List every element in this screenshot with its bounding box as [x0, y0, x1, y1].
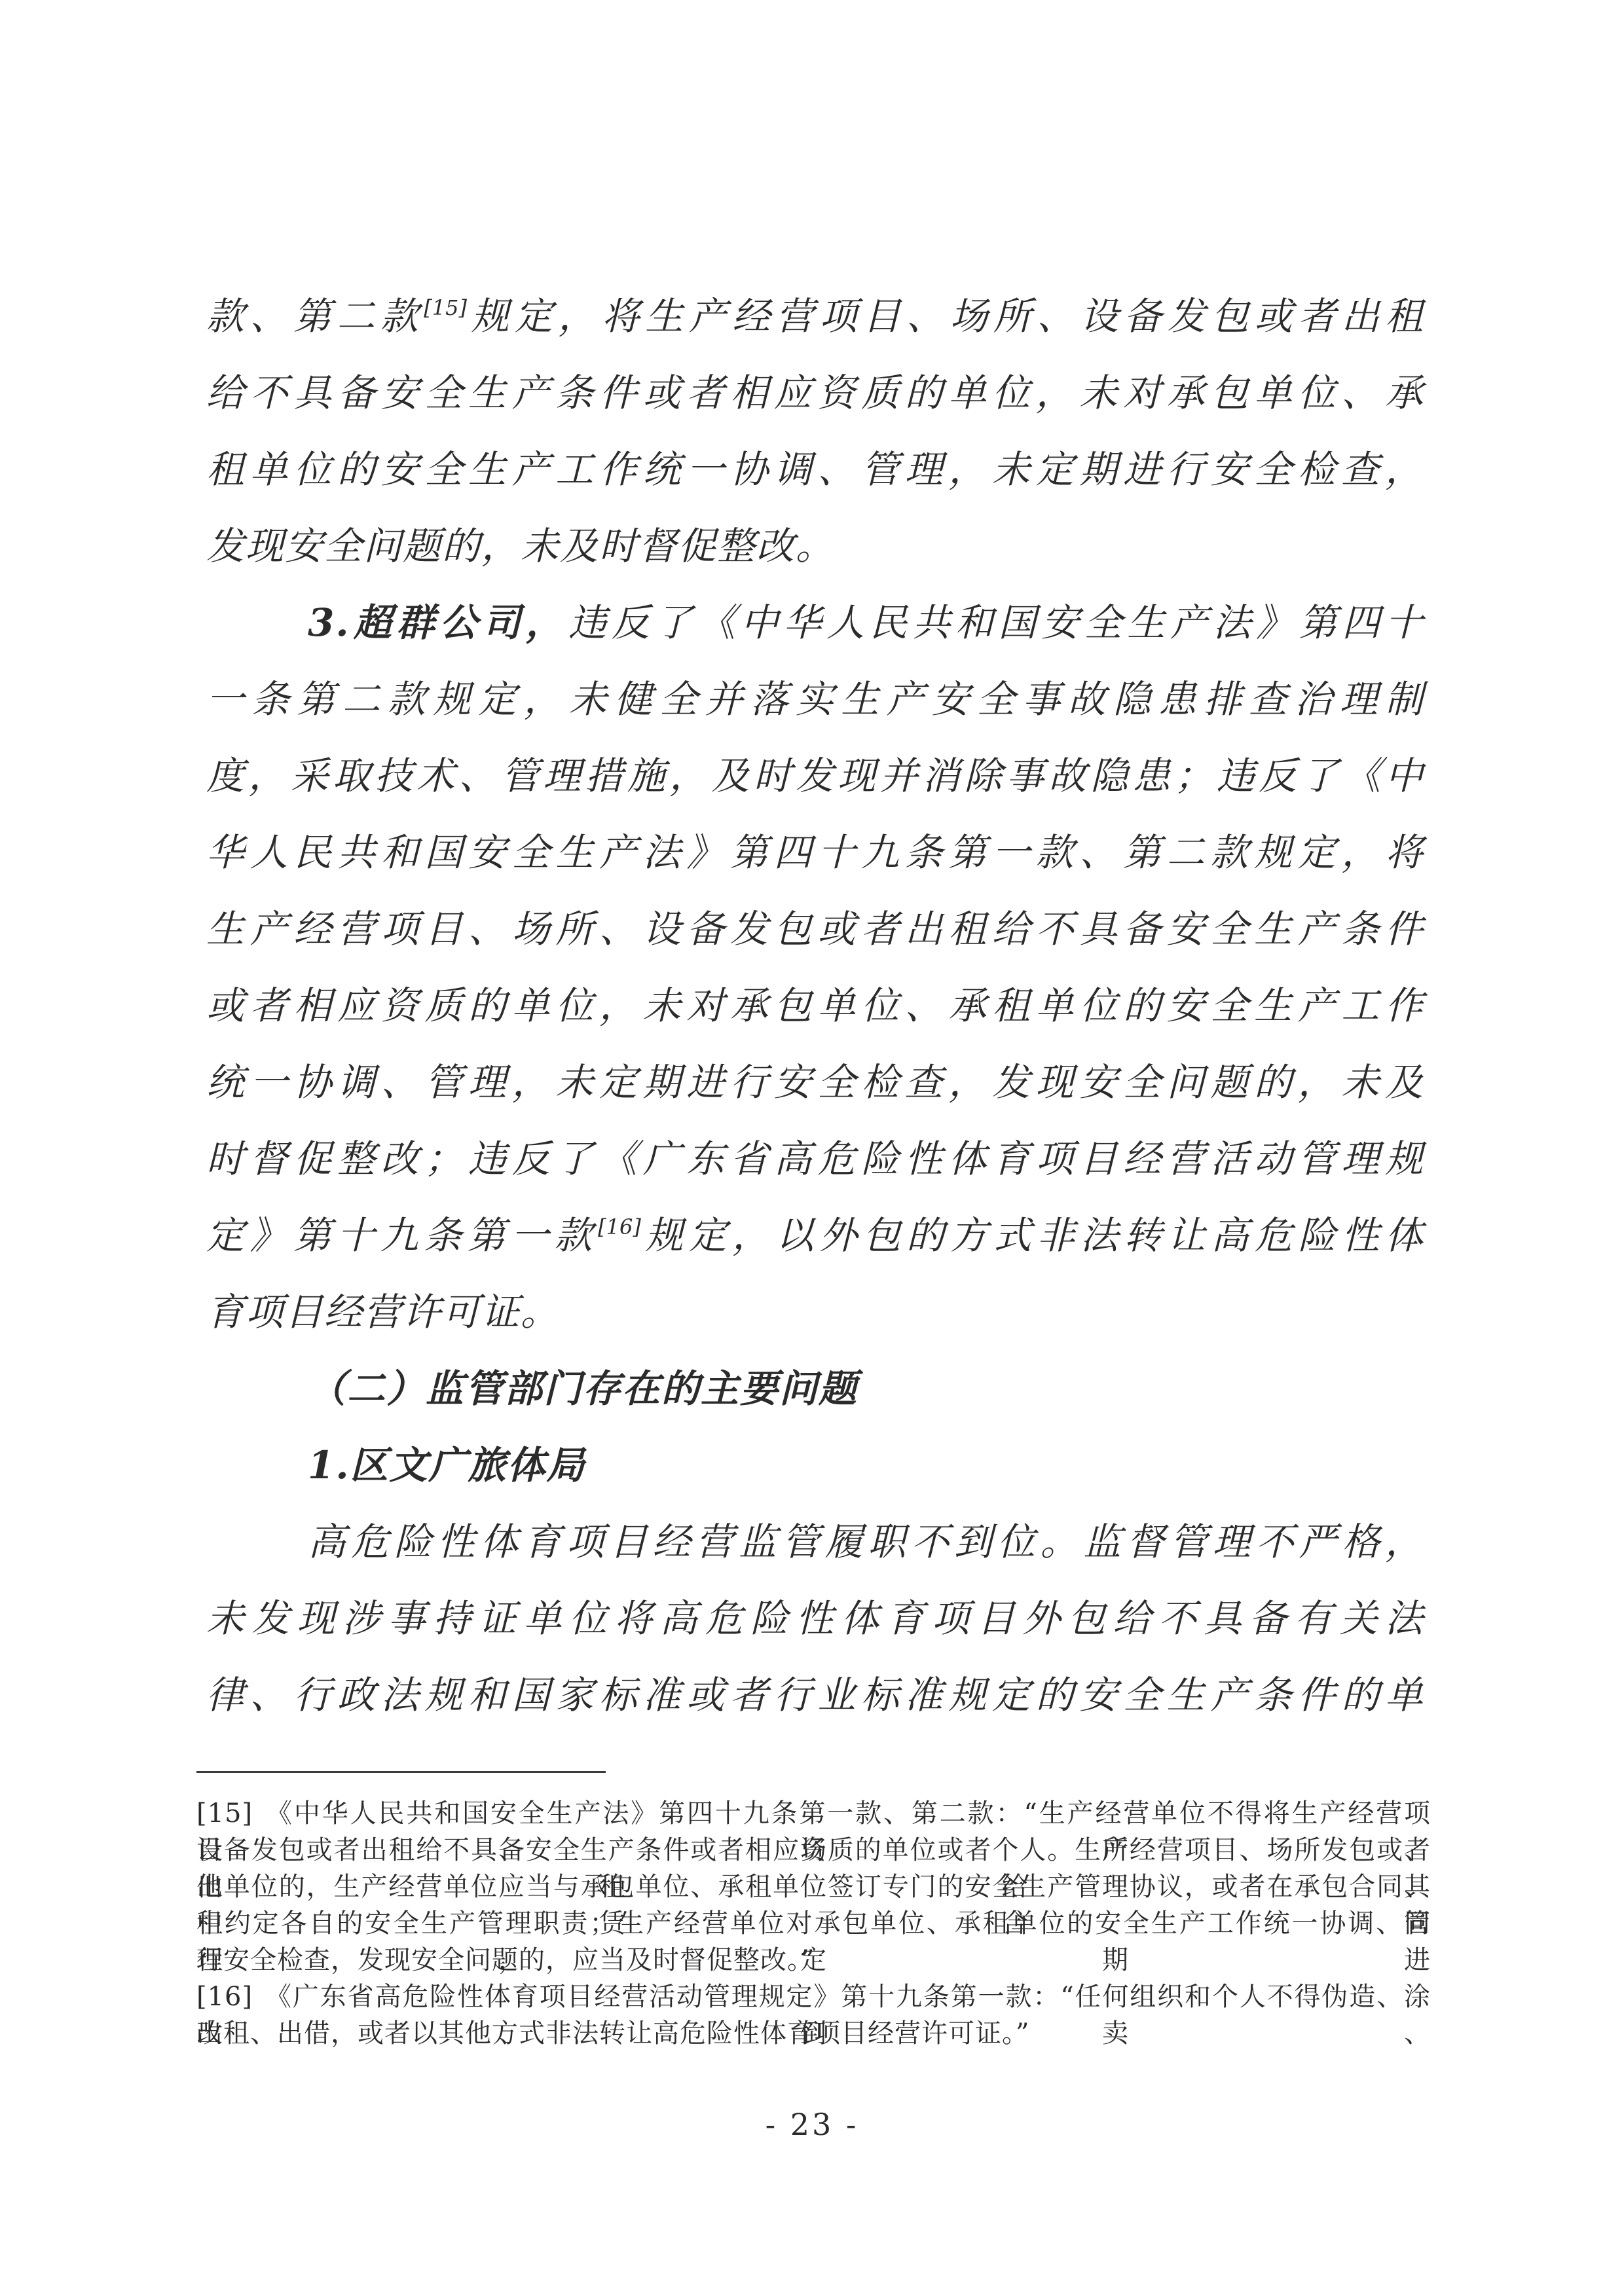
body-line: 租单位的安全生产工作统一协调、管理，未定期进行安全检查， [206, 431, 1424, 508]
body-line: 3.超群公司，违反了《中华人民共和国安全生产法》第四十 [206, 585, 1424, 661]
body-line: 度，采取技术、管理措施，及时发现并消除事故隐患；违反了《中 [206, 738, 1424, 814]
body-line: 高危险性体育项目经营监管履职不到位。监督管理不严格， [206, 1504, 1424, 1580]
body-text-segment: 规定，以外包的方式非法转让高危险性体 [641, 1213, 1424, 1258]
body-text-segment: 违反了《中华人民共和国安全生产法》第四十 [568, 600, 1424, 645]
body-line: 发现安全问题的，未及时督促整改。 [206, 508, 1424, 585]
document-page: 款、第二款[15]规定，将生产经营项目、场所、设备发包或者出租 给不具备安全生产… [0, 0, 1624, 2296]
body-line: 定》第十九条第一款[16]规定，以外包的方式非法转让高危险性体 [206, 1197, 1424, 1274]
body-text-segment: 规定，将生产经营项目、场所、设备发包或者出租 [467, 294, 1424, 338]
body-line: 给不具备安全生产条件或者相应资质的单位，未对承包单位、承 [206, 355, 1424, 431]
body-line: 未发现涉事持证单位将高危险性体育项目外包给不具备有关法 [206, 1580, 1424, 1657]
body-line: 或者相应资质的单位，未对承包单位、承租单位的安全生产工作 [206, 968, 1424, 1044]
footnote-marker-16: [16] [196, 1982, 265, 2012]
footnote-marker-15: [15] [196, 1798, 265, 1829]
footnote-ref-16: [16] [598, 1214, 641, 1239]
footnote-line: 设备发包或者出租给不具备安全生产条件或者相应资质的单位或者个人。生产经营项目、场… [196, 1832, 1431, 1868]
body-line: 统一协调、管理，未定期进行安全检查，发现安全问题的，未及 [206, 1044, 1424, 1121]
footnote-line: 他单位的，生产经营单位应当与承包单位、承租单位签订专门的安全生产管理协议，或者在… [196, 1868, 1431, 1905]
footnote-ref-15: [15] [424, 295, 467, 320]
footnotes: [15]《中华人民共和国安全生产法》第四十九条第一款、第二款：“生产经营单位不得… [196, 1795, 1431, 2052]
sub-heading: 1.区文广旅体局 [206, 1427, 1424, 1504]
document-body: 款、第二款[15]规定，将生产经营项目、场所、设备发包或者出租 给不具备安全生产… [206, 278, 1424, 1734]
body-text-segment: 款、第二款 [206, 294, 424, 338]
body-line: 一条第二款规定，未健全并落实生产安全事故隐患排查治理制 [206, 661, 1424, 738]
body-line: 款、第二款[15]规定，将生产经营项目、场所、设备发包或者出租 [206, 278, 1424, 355]
footnote-line: [16]《广东省高危险性体育项目经营活动管理规定》第十九条第一款：“任何组织和个… [196, 1978, 1431, 2015]
footnote-line: [15]《中华人民共和国安全生产法》第四十九条第一款、第二款：“生产经营单位不得… [196, 1795, 1431, 1832]
page-number: - 23 - [0, 2107, 1624, 2142]
body-line: 育项目经营许可证。 [206, 1274, 1424, 1351]
body-line: 华人民共和国安全生产法》第四十九条第一款、第二款规定，将 [206, 814, 1424, 891]
footnote-separator [196, 1771, 606, 1773]
item-number-lead: 3.超群公司， [308, 600, 568, 645]
footnote-line: 中约定各自的安全生产管理职责；生产经营单位对承包单位、承租单位的安全生产工作统一… [196, 1905, 1431, 1942]
body-line: 律、行政法规和国家标准或者行业标准规定的安全生产条件的单 [206, 1657, 1424, 1734]
section-heading: （二）监管部门存在的主要问题 [206, 1351, 1424, 1427]
body-line: 生产经营项目、场所、设备发包或者出租给不具备安全生产条件 [206, 891, 1424, 968]
body-text-segment: 定》第十九条第一款 [206, 1213, 598, 1258]
body-line: 时督促整改；违反了《广东省高危险性体育项目经营活动管理规 [206, 1121, 1424, 1197]
